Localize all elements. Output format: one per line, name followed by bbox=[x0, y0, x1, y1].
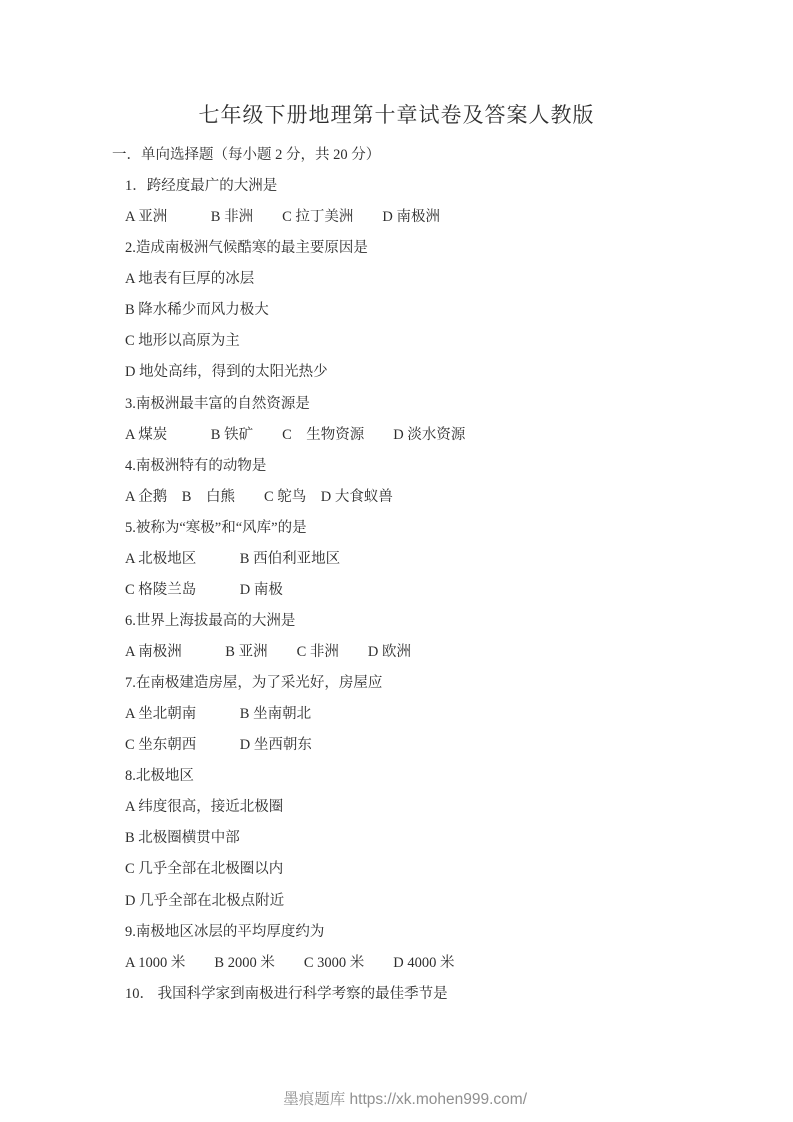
question-line: 5.被称为“寒极”和“风库”的是 bbox=[112, 513, 763, 544]
option-line: A 纬度很高，接近北极圈 bbox=[112, 792, 763, 823]
option-line: B 降水稀少而风力极大 bbox=[112, 295, 763, 326]
question-line: 1．跨经度最广的大洲是 bbox=[112, 171, 763, 202]
option-line: C 几乎全部在北极圈以内 bbox=[112, 854, 763, 885]
question-list: 1．跨经度最广的大洲是A 亚洲 B 非洲 C 拉丁美洲 D 南极洲2.造成南极洲… bbox=[112, 171, 763, 1010]
option-line: D 几乎全部在北极点附近 bbox=[112, 886, 763, 917]
question-line: 2.造成南极洲气候酷寒的最主要原因是 bbox=[112, 233, 763, 264]
option-line: A 煤炭 B 铁矿 C 生物资源 D 淡水资源 bbox=[112, 420, 763, 451]
option-line: A 企鹅 B 白熊 C 鸵鸟 D 大食蚁兽 bbox=[112, 482, 763, 513]
option-line: A 坐北朝南 B 坐南朝北 bbox=[112, 699, 763, 730]
section-heading: 一．单向选择题（每小题 2 分，共 20 分） bbox=[112, 140, 763, 171]
question-section: 一．单向选择题（每小题 2 分，共 20 分） 1．跨经度最广的大洲是A 亚洲 … bbox=[112, 140, 763, 1010]
question-line: 9.南极地区冰层的平均厚度约为 bbox=[112, 917, 763, 948]
footer-credit: 墨痕题库 https://xk.mohen999.com/ bbox=[283, 1091, 527, 1108]
option-line: C 地形以高原为主 bbox=[112, 326, 763, 357]
option-line: B 北极圈横贯中部 bbox=[112, 823, 763, 854]
option-line: A 1000 米 B 2000 米 C 3000 米 D 4000 米 bbox=[112, 948, 763, 979]
question-line: 6.世界上海拔最高的大洲是 bbox=[112, 606, 763, 637]
option-line: A 地表有巨厚的冰层 bbox=[112, 264, 763, 295]
option-line: A 北极地区 B 西伯利亚地区 bbox=[112, 544, 763, 575]
document-page: 七年级下册地理第十章试卷及答案人教版 一．单向选择题（每小题 2 分，共 20 … bbox=[0, 0, 793, 1122]
option-line: A 南极洲 B 亚洲 C 非洲 D 欧洲 bbox=[112, 637, 763, 668]
option-line: A 亚洲 B 非洲 C 拉丁美洲 D 南极洲 bbox=[112, 202, 763, 233]
page-title: 七年级下册地理第十章试卷及答案人教版 bbox=[0, 99, 793, 129]
question-line: 4.南极洲特有的动物是 bbox=[112, 451, 763, 482]
question-line: 3.南极洲最丰富的自然资源是 bbox=[112, 389, 763, 420]
option-line: C 格陵兰岛 D 南极 bbox=[112, 575, 763, 606]
option-line: D 地处高纬，得到的太阳光热少 bbox=[112, 357, 763, 388]
question-line: 7.在南极建造房屋，为了采光好，房屋应 bbox=[112, 668, 763, 699]
question-line: 10． 我国科学家到南极进行科学考察的最佳季节是 bbox=[112, 979, 763, 1010]
footer-watermark: 墨痕题库 https://xk.mohen999.com/ bbox=[0, 1069, 793, 1122]
option-line: C 坐东朝西 D 坐西朝东 bbox=[112, 730, 763, 761]
question-line: 8.北极地区 bbox=[112, 761, 763, 792]
